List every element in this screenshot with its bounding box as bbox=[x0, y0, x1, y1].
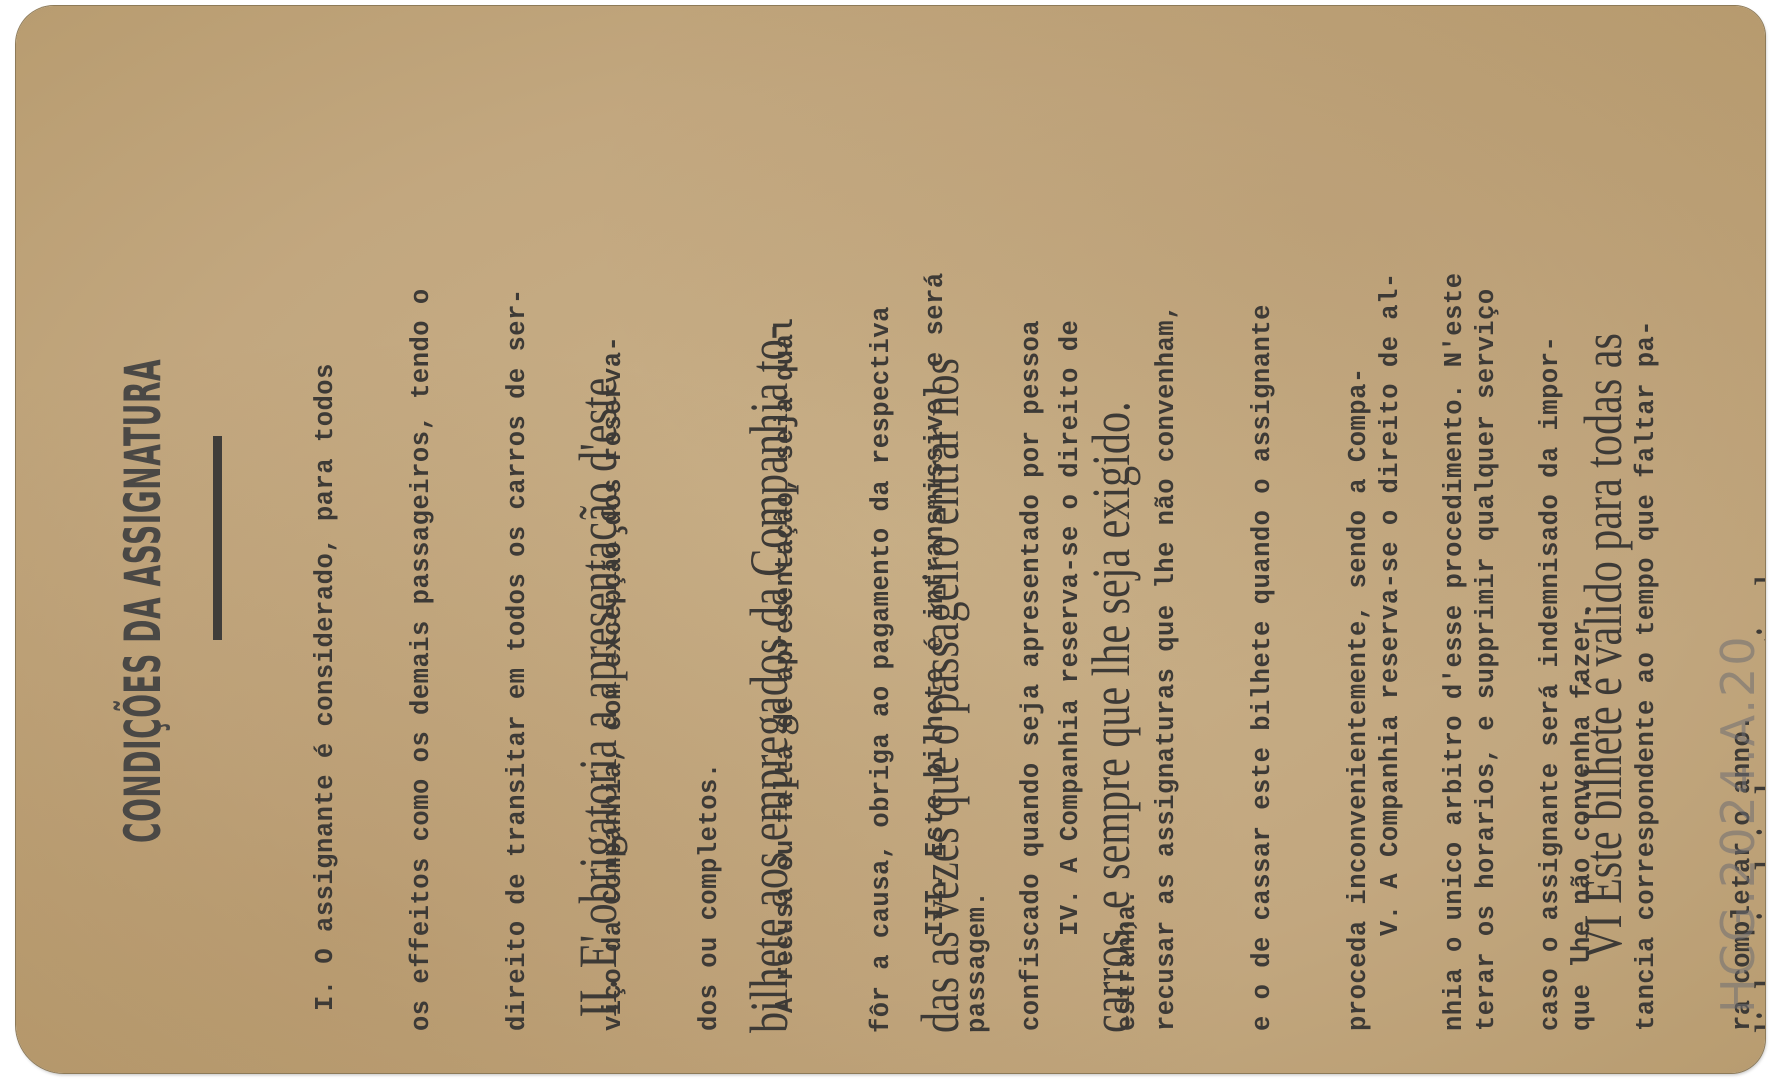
section-vi-line: VI Este bilhete é valido para todas as bbox=[1575, 333, 1632, 1033]
pencil-catalog-number: HCG.2024.A.20 bbox=[1711, 635, 1765, 1013]
section-ii-line: II. E' obrigatoria a apresentação d'este bbox=[570, 325, 627, 1033]
document-title: CONDIÇÕES DA ASSIGNATURA bbox=[114, 359, 172, 843]
section-ii-note-line: A recusa ou falta de apresentação, seja … bbox=[770, 306, 802, 1033]
section-i-line: I. O assignante é considerado, para todo… bbox=[310, 288, 342, 1031]
section-iv-line: e o de cassar este bilhete quando o assi… bbox=[1247, 272, 1279, 1031]
title-rule bbox=[213, 436, 222, 640]
section-iv-line: recusar as assignaturas que lhe não conv… bbox=[1151, 272, 1183, 1031]
section-v-line: V. A Companhia reserva-se o direito de a… bbox=[1375, 272, 1407, 1031]
section-i-line: os effeitos como os demais passageiros, … bbox=[406, 288, 438, 1031]
section-iii-line: III. Este bilhete é intransmissivel e se… bbox=[920, 272, 952, 1031]
section-iv-line: IV. A Companhia reserva-se o direito de bbox=[1055, 272, 1087, 1031]
rotated-text-stage: CONDIÇÕES DA ASSIGNATURA I. O assignante… bbox=[16, 6, 1765, 1073]
ticket-card: CONDIÇÕES DA ASSIGNATURA I. O assignante… bbox=[16, 6, 1765, 1073]
